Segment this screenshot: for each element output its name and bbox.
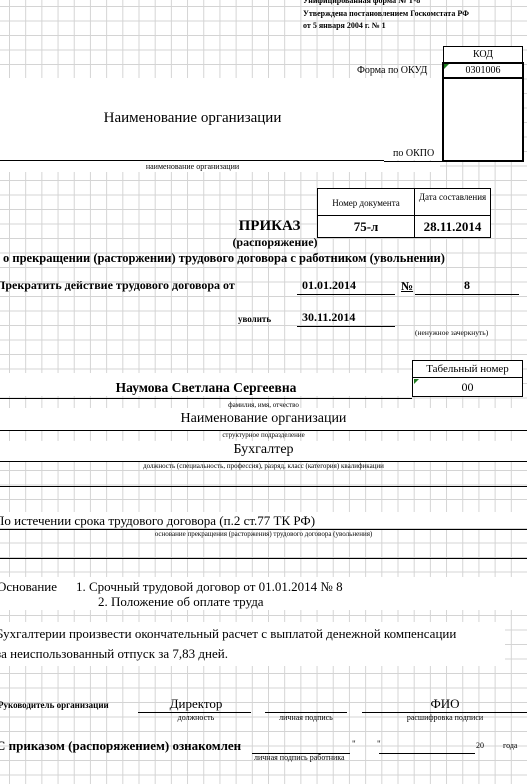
accounting-instruction-2: за неиспользованный отпуск за 7,83 дней. (0, 646, 505, 662)
doc-date-header: Дата составления (414, 188, 491, 216)
basis-label: Основание (0, 579, 70, 595)
accounting-line-1-text[interactable]: Бухгалтерии произвести окончательный рас… (0, 626, 456, 641)
terminate-label-text: Прекратить действие трудового договора о… (0, 278, 235, 292)
basis-item-2[interactable]: 2. Положение об оплате труда (98, 594, 264, 610)
doc-date-value[interactable]: 28.11.2014 (414, 215, 491, 238)
ack-label: С приказом (распоряжением) ознакомлен (0, 738, 268, 754)
terminate-label: Прекратить действие трудового договора о… (0, 278, 285, 293)
head-label-text: Руководитель организации (0, 700, 109, 710)
name-caption: фамилия, имя, отчество (0, 401, 527, 409)
employee-full-name[interactable]: Наумова Светлана Сергеевна (0, 380, 412, 396)
reason-extra-underline (0, 558, 527, 559)
okud-label: Форма по ОКУД (357, 65, 427, 76)
comment-marker (414, 379, 419, 384)
accounting-instruction-1: Бухгалтерии произвести окончательный рас… (0, 626, 505, 642)
tab-number-header: Табельный номер (412, 360, 523, 378)
position-caption: должность (специальность, профессия), ра… (0, 462, 527, 470)
comment-marker (444, 64, 449, 69)
department-caption: структурное подразделение (0, 431, 527, 439)
contract-number[interactable]: 8 (417, 278, 517, 293)
organization-name[interactable]: Наименование организации (0, 110, 385, 127)
position-name[interactable]: Бухгалтер (0, 442, 527, 458)
department-name[interactable]: Наименование организации (0, 411, 527, 427)
organization-caption: наименование организации (0, 162, 385, 171)
head-label: Руководитель организации (0, 700, 138, 710)
date-month-underline (379, 753, 475, 754)
okpo-underline (384, 161, 442, 162)
order-subtitle: (распоряжение) (212, 235, 338, 250)
contract-number-underline (415, 294, 519, 295)
employee-signature-caption: личная подпись работника (254, 753, 345, 762)
name-underline (0, 398, 412, 399)
head-position[interactable]: Директор (140, 696, 252, 712)
year-prefix: 20 (476, 741, 484, 750)
basis-label-text: Основание (0, 579, 57, 594)
head-name[interactable]: ФИО (363, 696, 527, 712)
form-line-1: Унифицированная форма № Т-8 (303, 0, 420, 5)
form-line-2: Утверждена постановлением Госкомстата РФ (303, 9, 469, 18)
doc-date-header-text: Дата составления (419, 192, 486, 202)
org-underline (0, 160, 384, 161)
strike-note: (ненужное зачеркнуть) (415, 328, 488, 337)
contract-date-underline (297, 294, 395, 295)
position-sig-caption: должность (140, 713, 252, 722)
termination-reason-text[interactable]: По истечении срока трудового договора (п… (0, 513, 315, 528)
quote-open: " (352, 739, 356, 749)
number-label: № (401, 279, 413, 294)
quote-close: " (377, 739, 381, 749)
basis-item-1[interactable]: 1. Срочный трудовой договор от 01.01.201… (76, 579, 343, 595)
separator-line (0, 486, 527, 487)
order-title: ПРИКАЗ (222, 218, 317, 235)
termination-reason: По истечении срока трудового договора (п… (0, 513, 527, 529)
dismiss-date[interactable]: 30.11.2014 (302, 310, 355, 325)
year-suffix: года (503, 741, 517, 750)
order-description: о прекращении (расторжении) трудового до… (3, 251, 445, 266)
dismiss-date-underline (297, 326, 395, 327)
doc-number-header: Номер документа (317, 188, 415, 216)
accounting-line-2-text[interactable]: за неиспользованный отпуск за 7,83 дней. (0, 646, 228, 661)
ack-label-text: С приказом (распоряжением) ознакомлен (0, 738, 241, 753)
okud-field[interactable]: 0301006 (442, 62, 524, 79)
form-line-3: от 5 января 2004 г. № 1 (303, 21, 386, 30)
kod-header: КОД (443, 46, 523, 63)
tab-number-value[interactable]: 00 (412, 377, 523, 397)
reason-caption: основание прекращения (расторжения) труд… (0, 530, 527, 538)
name-sig-caption: расшифровка подписи (363, 713, 527, 722)
dismiss-label: уволить (238, 314, 271, 324)
contract-date[interactable]: 01.01.2014 (302, 278, 356, 293)
signature-caption: личная подпись (265, 713, 347, 722)
okpo-label: по ОКПО (393, 148, 434, 159)
